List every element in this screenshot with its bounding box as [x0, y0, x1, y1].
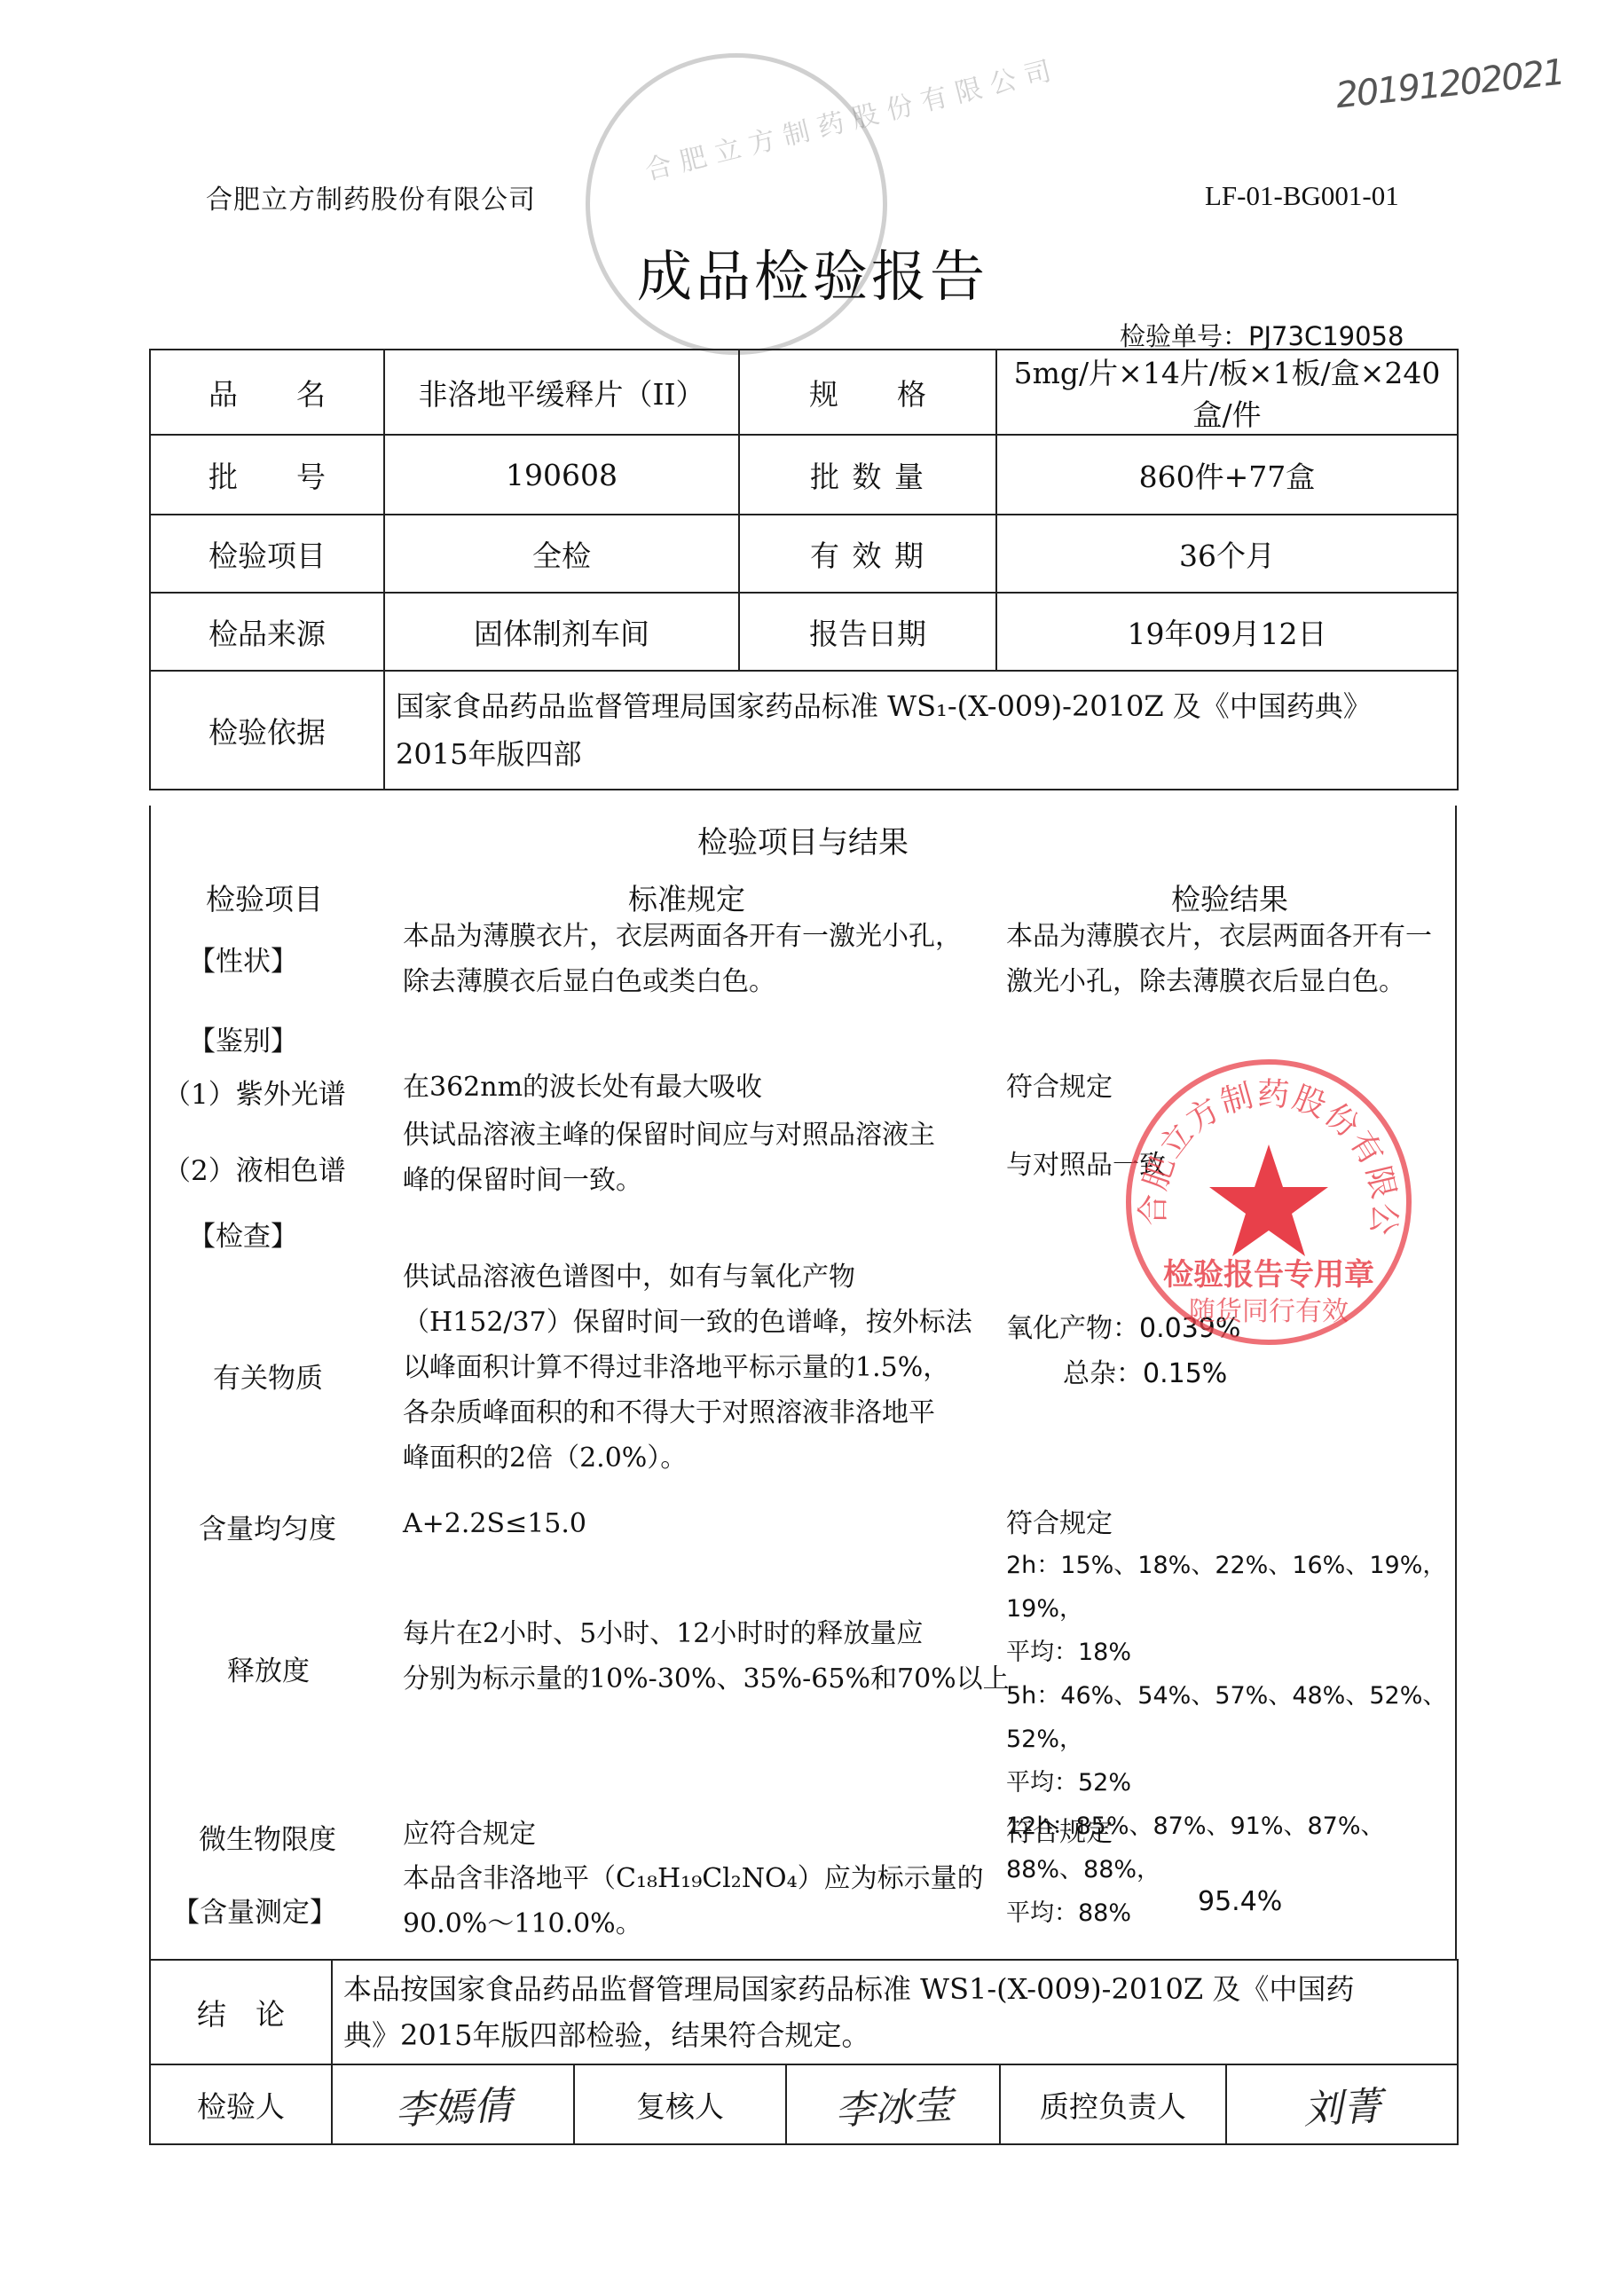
- report-number: 检验单号：PJ73C19058: [1120, 317, 1404, 353]
- standard-uv-spectrum: 在362nm的波长处有最大吸收: [403, 1065, 762, 1110]
- basis-value: 国家食品药品监督管理局国家药品标准 WS₁-(X-009)-2010Z 及《中国…: [384, 671, 1458, 790]
- standard-appearance: 本品为薄膜衣片，衣层两面各开有一激光小孔， 除去薄膜衣后显白色或类白色。: [403, 914, 962, 1004]
- standard-line: （H152/37）保留时间一致的色谱峰，按外标法: [403, 1300, 972, 1345]
- result-appearance: 本品为薄膜衣片，衣层两面各开有一 激光小孔，除去薄膜衣后显白色。: [1006, 914, 1432, 1004]
- standard-line: 本品含非洛地平（C₁₈H₁₉Cl₂NO₄）应为标示量的: [403, 1856, 984, 1901]
- standard-line: 供试品溶液主峰的保留时间应与对照品溶液主: [403, 1113, 935, 1158]
- column-header-item: 检验项目: [206, 877, 323, 918]
- standard-line: 除去薄膜衣后显白色或类白色。: [403, 959, 962, 1004]
- basis-label: 检验依据: [150, 671, 384, 790]
- product-name-label: 品 名: [150, 350, 384, 435]
- qc-label: 质控负责人: [1000, 2064, 1226, 2144]
- result-release-2h-avg: 平均：18%: [1006, 1631, 1455, 1674]
- reviewer-signature-text: 李冰莹: [833, 2073, 953, 2136]
- standard-microbial-limit: 应符合规定: [403, 1812, 536, 1857]
- inspector-label: 检验人: [150, 2064, 332, 2144]
- source-label: 检品来源: [150, 593, 384, 671]
- product-info-table: 品 名 非洛地平缓释片（II） 规 格 5mg/片×14片/板×1板/盒×240…: [149, 349, 1459, 790]
- validity-label: 有 效 期: [739, 515, 996, 593]
- result-release-2h: 2h：15%、18%、22%、16%、19%，19%，: [1006, 1544, 1455, 1631]
- reviewer-signature: 李冰莹: [786, 2064, 1000, 2144]
- qc-signature-text: 刘菁: [1302, 2074, 1382, 2135]
- basis-line-1: 国家食品药品监督管理局国家药品标准 WS₁-(X-009)-2010Z 及《中国…: [396, 682, 1446, 730]
- svg-text:随货同行有效: 随货同行有效: [1189, 1296, 1349, 1327]
- item-tests: 【检查】: [188, 1214, 298, 1254]
- handwritten-archive-code: 20191202021: [1333, 52, 1565, 117]
- conclusion-text: 本品按国家食品药品监督管理局国家药品标准 WS1-(X-009)-2010Z 及…: [332, 1960, 1458, 2064]
- item-appearance: 【性状】: [188, 939, 298, 979]
- validity-value: 36个月: [996, 515, 1458, 593]
- result-release-5h-avg: 平均：52%: [1006, 1761, 1455, 1805]
- report-number-value: PJ73C19058: [1248, 321, 1404, 351]
- spec-value: 5mg/片×14片/板×1板/盒×240盒/件: [996, 350, 1458, 435]
- column-header-result: 检验结果: [1171, 877, 1288, 918]
- result-content-uniformity: 符合规定: [1006, 1501, 1113, 1546]
- report-number-label: 检验单号：: [1120, 321, 1248, 351]
- column-header-standard: 标准规定: [628, 877, 745, 918]
- standard-release-rate: 每片在2小时、5小时、12小时时的释放量应 分别为标示量的10%-30%、35%…: [403, 1611, 1010, 1702]
- item-assay: 【含量测定】: [172, 1890, 337, 1930]
- standard-line: 各杂质峰面积的和不得大于对照溶液非洛地平: [403, 1390, 972, 1435]
- results-section-title: 检验项目与结果: [151, 818, 1455, 861]
- test-items-label: 检验项目: [150, 515, 384, 593]
- product-name-value: 非洛地平缓释片（II）: [384, 350, 739, 435]
- conclusion-label: 结 论: [150, 1960, 332, 2064]
- standard-line: 分别为标示量的10%-30%、35%-65%和70%以上: [403, 1656, 1010, 1702]
- inspector-signature-text: 李嫣倩: [393, 2073, 513, 2136]
- result-release-rate: 2h：15%、18%、22%、16%、19%，19%， 平均：18% 5h：46…: [1006, 1544, 1455, 1935]
- results-section: 检验项目与结果 检验项目 标准规定 检验结果 【性状】 本品为薄膜衣片，衣层两面…: [149, 806, 1457, 1959]
- batch-label: 批 号: [150, 435, 384, 515]
- reviewer-label: 复核人: [574, 2064, 786, 2144]
- standard-line: 峰面积的2倍（2.0%）。: [403, 1435, 972, 1481]
- result-microbial-limit: 符合规定: [1006, 1810, 1113, 1855]
- standard-hplc: 供试品溶液主峰的保留时间应与对照品溶液主 峰的保留时间一致。: [403, 1113, 935, 1203]
- standard-content-uniformity: A+2.2S≤15.0: [403, 1501, 586, 1546]
- result-line: 本品为薄膜衣片，衣层两面各开有一: [1006, 914, 1432, 959]
- report-date-label: 报告日期: [739, 593, 996, 671]
- form-code: LF-01-BG001-01: [1205, 180, 1399, 212]
- stamp-icon: 合肥立方制药股份有限公司 检验报告专用章 随货同行有效: [1122, 1056, 1415, 1349]
- standard-related-substances: 供试品溶液色谱图中，如有与氧化产物 （H152/37）保留时间一致的色谱峰，按外…: [403, 1254, 972, 1481]
- item-uv-spectrum: （1）紫外光谱: [163, 1072, 346, 1112]
- item-related-substances: 有关物质: [213, 1356, 323, 1396]
- report-date-value: 19年09月12日: [996, 593, 1458, 671]
- inspector-signature: 李嫣倩: [332, 2064, 574, 2144]
- standard-line: 本品为薄膜衣片，衣层两面各开有一激光小孔，: [403, 914, 962, 959]
- conclusion-line-1: 本品按国家食品药品监督管理局国家药品标准 WS1-(X-009)-2010Z 及…: [343, 1966, 1446, 2012]
- basis-line-2: 2015年版四部: [396, 730, 1446, 778]
- svg-text:检验报告专用章: 检验报告专用章: [1163, 1257, 1374, 1293]
- source-value: 固体制剂车间: [384, 593, 739, 671]
- result-total-impurities: 总杂：0.15%: [1006, 1351, 1240, 1396]
- standard-line: 每片在2小时、5小时、12小时时的释放量应: [403, 1611, 1010, 1656]
- standard-line: 以峰面积计算不得过非洛地平标示量的1.5%，: [403, 1345, 972, 1390]
- batch-value: 190608: [384, 435, 739, 515]
- test-items-value: 全检: [384, 515, 739, 593]
- qc-signature: 刘菁: [1226, 2064, 1458, 2144]
- official-red-stamp: 合肥立方制药股份有限公司 检验报告专用章 随货同行有效: [1122, 1056, 1415, 1349]
- item-content-uniformity: 含量均匀度: [199, 1506, 336, 1546]
- conclusion-line-2: 典》2015年版四部检验，结果符合规定。: [343, 2012, 1446, 2058]
- conclusion-signature-table: 结 论 本品按国家食品药品监督管理局国家药品标准 WS1-(X-009)-201…: [149, 1959, 1459, 2145]
- batch-qty-value: 860件+77盒: [996, 435, 1458, 515]
- result-line: 激光小孔，除去薄膜衣后显白色。: [1006, 959, 1432, 1004]
- standard-line: 供试品溶液色谱图中，如有与氧化产物: [403, 1254, 972, 1300]
- standard-line: 90.0%～110.0%。: [403, 1901, 984, 1946]
- company-name: 合肥立方制药股份有限公司: [206, 177, 536, 216]
- result-uv-spectrum: 符合规定: [1006, 1065, 1113, 1110]
- spec-label: 规 格: [739, 350, 996, 435]
- result-release-5h: 5h：46%、54%、57%、48%、52%、52%，: [1006, 1674, 1455, 1761]
- standard-line: 峰的保留时间一致。: [403, 1158, 935, 1203]
- document-title: 成品检验报告: [637, 232, 988, 311]
- item-identification: 【鉴别】: [188, 1018, 298, 1058]
- result-assay: 95.4%: [1198, 1879, 1282, 1924]
- item-hplc: （2）液相色谱: [163, 1148, 346, 1188]
- item-release-rate: 释放度: [227, 1648, 310, 1688]
- batch-qty-label: 批 数 量: [739, 435, 996, 515]
- item-microbial-limit: 微生物限度: [199, 1817, 336, 1857]
- standard-assay: 本品含非洛地平（C₁₈H₁₉Cl₂NO₄）应为标示量的 90.0%～110.0%…: [403, 1856, 984, 1946]
